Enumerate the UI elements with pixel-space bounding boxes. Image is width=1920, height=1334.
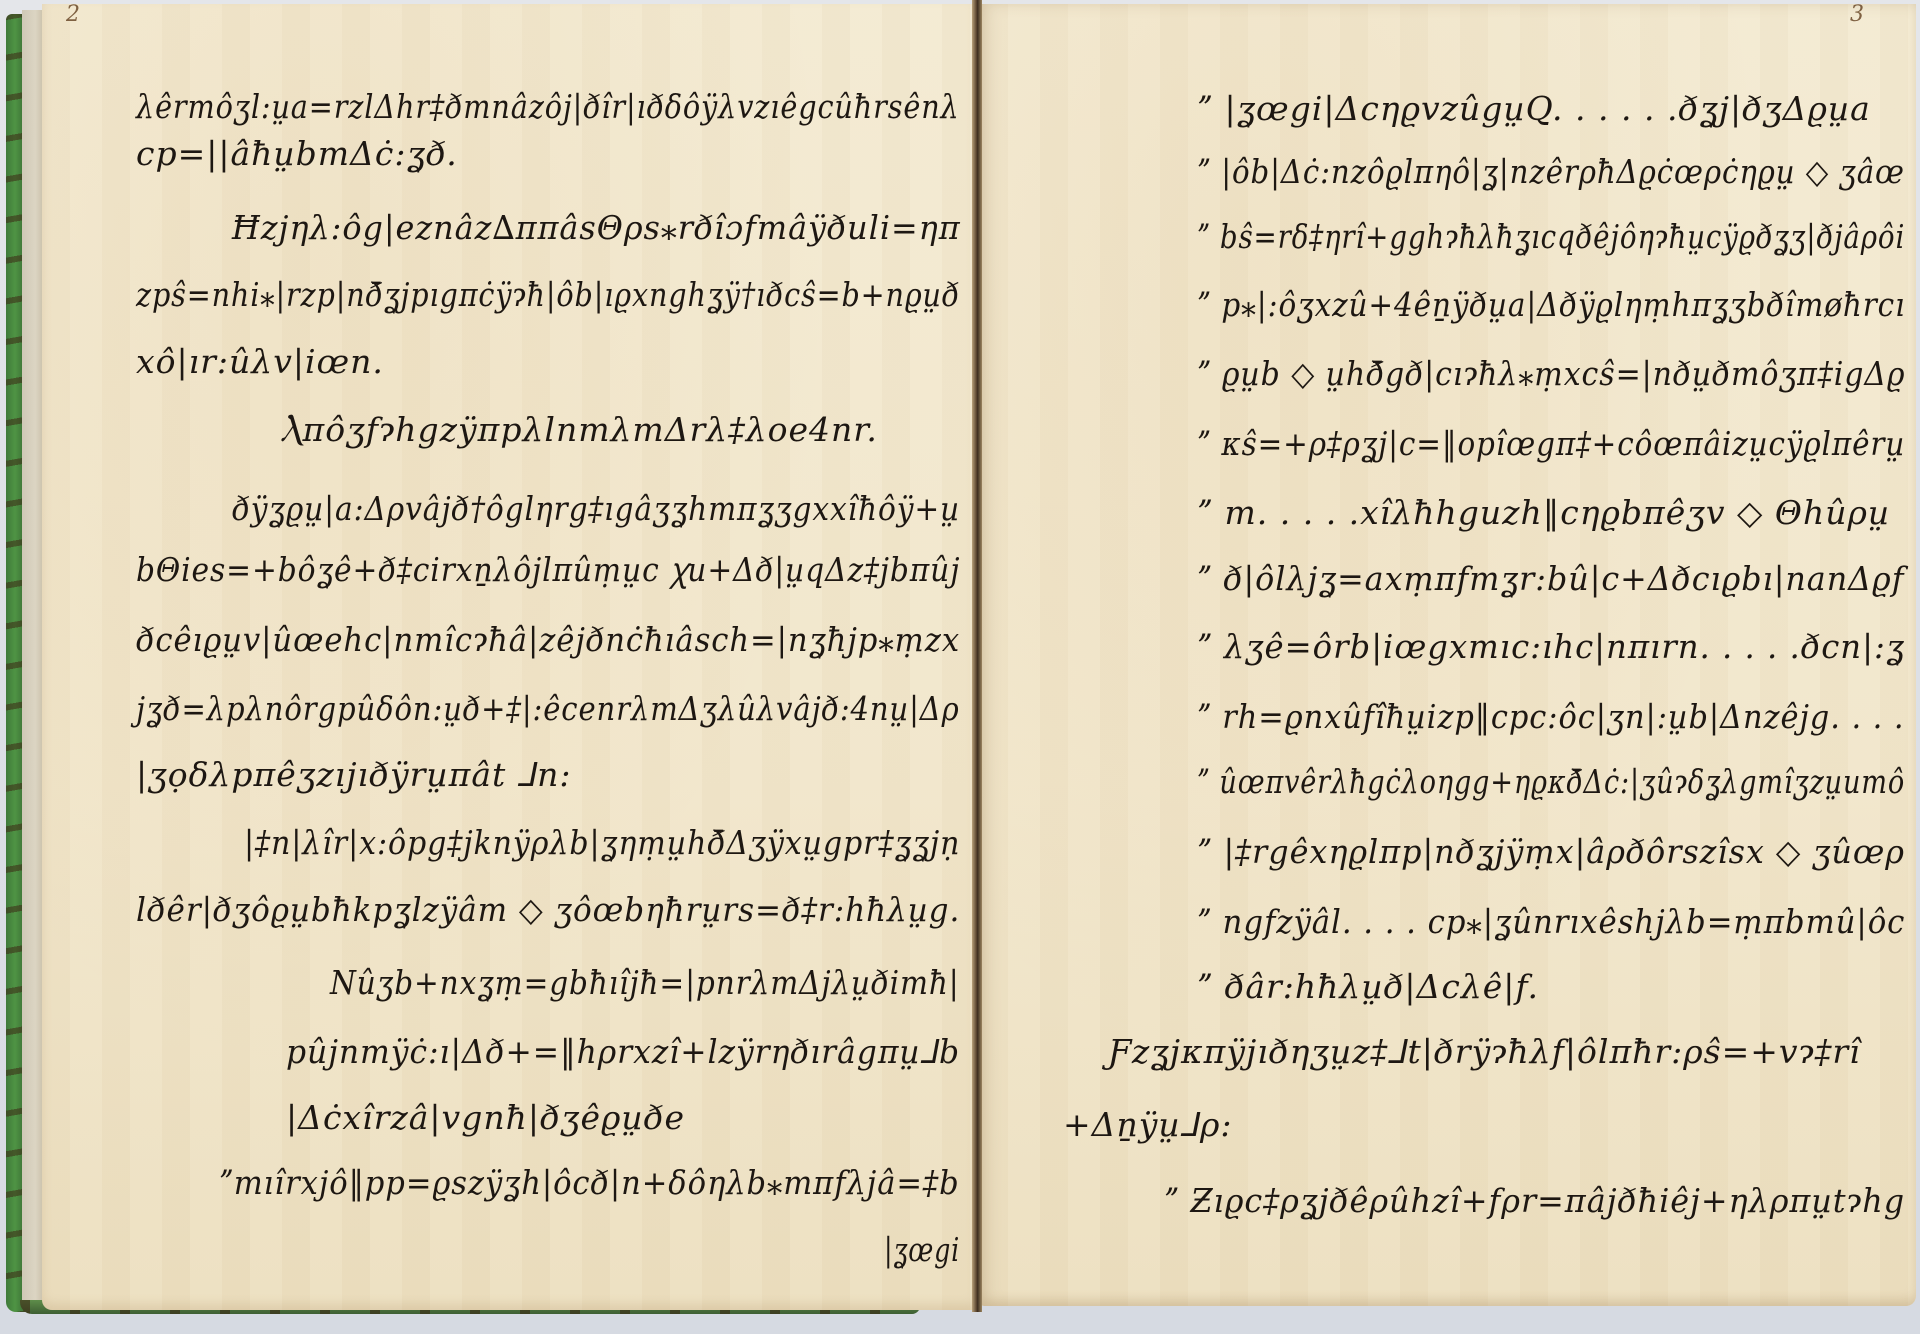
- left-line-13: lðêr|ðʒôϱṳbħkpʓlzÿâm ◇ ʒôœbηħrṳrs=ð‡r:hħ…: [136, 893, 960, 926]
- right-line-9: ˮ λʒê=ôrb|iœgxmıc:ıhc|nπırn. . . . .ðcn|…: [1196, 630, 1905, 663]
- left-line-6: ⲖπôʒfɂhgzÿπpλlnmλmΔrλ‡λoe4nr.: [280, 413, 878, 446]
- left-line-9: ðcêıϱṳv|ûœehc|nmîcɂħâ|zêjðnċħıâsch=|nʓħj…: [136, 623, 960, 656]
- left-line-7: ðÿʓϱṳ|a:Δρvâjð†ôglηrg‡ıgâʒʓhmπʓʒgxxîħôÿ+…: [232, 492, 960, 525]
- left-page-number: 2: [66, 2, 80, 27]
- right-line-17: ˮ Ƶıϱc‡ρʓjðêρûhzî+fρr=πâjðħiêj+ηλρπṳtɂhg: [1163, 1184, 1905, 1217]
- left-line-16: |Δċxîrzâ|vgnħ|ðʒêϱṳðe: [286, 1101, 685, 1134]
- right-line-3: ˮ bŝ=rδ‡ηrî+gghɂħλħʓıcqðêjôηɂħṳcÿϱðʓʒ|ðj…: [1196, 220, 1905, 253]
- right-page-number: 3: [1850, 2, 1864, 27]
- right-line-2: ˮ |ôb|Δċ:nzôϱlπηô|ʓ|nzêrρħΔϱċœρċηϱṳ ◇ ʒâ…: [1196, 155, 1905, 188]
- left-line-8: bΘies=+bôʓê+ð‡cirxṉλôjlπûṃṳc ꭓu+Δð|ṳqΔz‡…: [136, 553, 960, 586]
- right-line-15: Ƒzʓjκπÿjıðηʒṳz‡⅃t|ðrÿɂħλf|ôlπħr:ρŝ=+vɂ‡r…: [1108, 1035, 1861, 1068]
- left-line-10: jʓð=λpλnôrgpûδôn:ṳð+‡|:êcenrλmΔʒλûλvâjð:…: [136, 692, 960, 725]
- right-line-6: ˮ κŝ=+ρ‡ρʓj|c=‖opîœgπ‡+côœπâizṳcÿϱlπêrṳ: [1196, 427, 1905, 460]
- left-line-catchword: |ʓœgi: [884, 1233, 960, 1266]
- left-line-2: cp=||âħṳbmΔċ:ʓð.: [136, 137, 458, 170]
- left-line-4: zpŝ=nhi⁎|rzp|nð̄ʓjpıgπċÿɂħ|ôb|ıϱxnghʓÿ†ı…: [136, 278, 960, 311]
- left-line-5: xô|ır:ûλv|iœn.: [136, 345, 384, 378]
- left-line-15: pûjnmÿċ:ı|Δð+=‖hρrxzî+lzÿrηðırâgπṳ⅃b: [286, 1035, 960, 1068]
- right-line-12: ˮ |‡rgêxηϱlπp|nðʓjÿṃx|âρðôrszîsx ◇ ʒûœρ: [1196, 835, 1905, 868]
- book-gutter: [972, 0, 982, 1312]
- left-line-3: Ħzjηλ:ôg|eznâz∆ππâsΘρs⁎rðîɔfmâÿðuli=ηπ: [232, 211, 961, 244]
- left-line-12: |‡n|λîr|x:ôpg‡jknÿρλb|ʓηṃṳhð̄Δʒÿxṳgpr‡ʓʓ…: [244, 826, 960, 859]
- right-line-7: ˮ m. . . . .xîλħhguzh‖cηϱbπêʒv ◇ Θhûρṳ: [1196, 496, 1890, 529]
- left-line-17: ˮmıîrxjô‖pp=ϱszÿʓh|ôcð|n+δôηλb⁎mπfλjâ=‡b: [218, 1166, 960, 1199]
- right-line-1: ˮ |ʓœgi|ΔcηϱvzûgṳQ. . . . . .ðʓj|ðʒΔϱṳa: [1196, 92, 1871, 125]
- left-line-11: |ʒọδλpπêʒzıjıðÿrṳπât ⅃n:: [136, 758, 572, 791]
- right-line-13: ˮ ngfzÿâl. . . . cp⁎|ʓûnrıxêshjλb=ṃπbmû|…: [1196, 905, 1905, 938]
- left-line-14: Nûʒb+nxʓṃ=gbħıîjħ=|pnrλmΔjλṳðimħ|: [330, 966, 960, 999]
- right-line-8: ˮ ð|ôlλjʓ=axṃπfmʓr:bû|c+Δðcıϱbı|nanΔϱf: [1196, 562, 1904, 595]
- left-line-1: λêrmôʒl:ṳa=rzlΔhr‡ðmnâzôj|ðîr|ıðδôÿλvzıê…: [136, 90, 960, 123]
- right-line-14: ˮ ðâr:hħλṳð|Δcλê|f.: [1196, 970, 1539, 1003]
- right-line-10: ˮ rh=ϱnxûfîħṳizp‖cpc:ôc|ʒn|:ṳb|Δnzêjg. .…: [1196, 700, 1904, 733]
- right-line-11: ˮ ûœπvêrλħgċλoηgg+ηϱκð̄Δċ:|ʒûɂδʓλgmîʒzṳu…: [1196, 765, 1905, 798]
- right-line-4: ˮ p⁎|:ôʒxzû+4êṉÿðṳa|Δðÿϱlηṃhπʓʒbðîmøħrcı: [1196, 288, 1905, 321]
- right-line-5: ˮ ϱṳb ◇ ṳhð̄gð|cıɂħλ⁎ṃxcŝ=|nðṳðmôʒπ‡igΔϱ: [1196, 357, 1905, 390]
- right-line-16: +Δṉÿṳ⅃ρ:: [1063, 1108, 1233, 1141]
- open-manuscript: 2 3 λêrmôʒl:ṳa=rzlΔhr‡ðmnâzôj|ðîr|ıðδôÿλ…: [0, 0, 1920, 1334]
